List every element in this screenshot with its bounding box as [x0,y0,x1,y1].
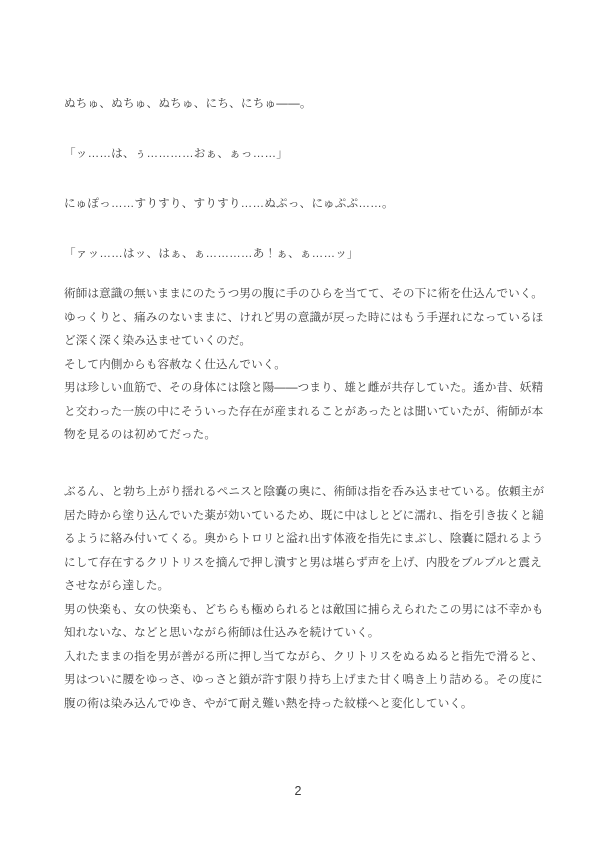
paragraph-line: ゆっくりと、痛みのないままに、けれど男の意識が戻った時にはもう手遅れになっている… [64,306,538,330]
paragraph-line: 居た時から塗り込んでいた薬が効いているため、既に中はしとどに濡れ、指を引き抜くと… [64,504,538,528]
paragraph-line: にして存在するクリトリスを摘んで押し潰すと男は堪らず声を上げ、内股をブルブルと震… [64,551,538,575]
paragraph-line: 男はついに腰をゆっさ、ゆっさと鎖が許す限り持ち上げまた甘く鳴き上り詰める。その度… [64,668,538,692]
paragraph-line: 術師は意識の無いままにのたうつ男の腹に手のひらを当てて、その下に術を仕込んでいく… [64,282,538,306]
paragraph-line: ぶるん、と勃ち上がり揺れるペニスと陰嚢の奥に、術師は指を呑み込ませている。依頼主… [64,480,538,504]
paragraph-line: そして内側からも容赦なく仕込んでいく。 [64,353,538,377]
paragraph-line: 男の快楽も、女の快楽も、どちらも極められるとは敵国に捕らえられたこの男には不幸か… [64,598,538,622]
paragraph-line: 知れないな、などと思いながら術師は仕込みを続けていく。 [64,621,538,645]
sfx-line: ぬちゅ、ぬちゅ、ぬちゅ、にち、にちゅ――。 [64,79,538,129]
sfx-line: にゅぽっ……すりすり、すりすり……ぬぷっ、にゅぷぷ……。 [64,179,538,229]
paragraph-line: ど深く深く染み込ませていくのだ。 [64,329,538,353]
page-number: 2 [0,784,596,798]
document-page: ぬちゅ、ぬちゅ、ぬちゅ、にち、にちゅ――。 「ッ……は、ぅ…………おぁ、ぁっ……… [0,0,596,843]
paragraph-line: 物を見るのは初めてだった。 [64,423,538,447]
paragraph-line: と交わった一族の中にそういった存在が産まれることがあったとは聞いていたが、術師が… [64,400,538,424]
text-column: ぬちゅ、ぬちゅ、ぬちゅ、にち、にちゅ――。 「ッ……は、ぅ…………おぁ、ぁっ……… [64,79,538,715]
dialogue-line: 「ッ……は、ぅ…………おぁ、ぁっ……」 [64,129,538,179]
paragraph-gap [64,447,538,481]
paragraph-line: 腹の術は染み込んでゆき、やがて耐え難い熱を持った紋様へと変化していく。 [64,692,538,716]
paragraph-line: 男は珍しい血筋で、その身体には陰と陽――つまり、雄と雌が共存していた。遙か昔、妖… [64,376,538,400]
paragraph-line: 入れたままの指を男が善がる所に押し当てながら、クリトリスをぬるぬると指先で滑ると… [64,645,538,669]
paragraph-line: させながら達した。 [64,574,538,598]
paragraph-line: るように絡み付いてくる。奥からトロリと溢れ出す体液を指先にまぶし、陰嚢に隠れるよ… [64,527,538,551]
dialogue-line: 「ァッ……はッ、はぁ、ぁ…………あ！ぁ、ぁ……ッ」 [64,229,538,279]
